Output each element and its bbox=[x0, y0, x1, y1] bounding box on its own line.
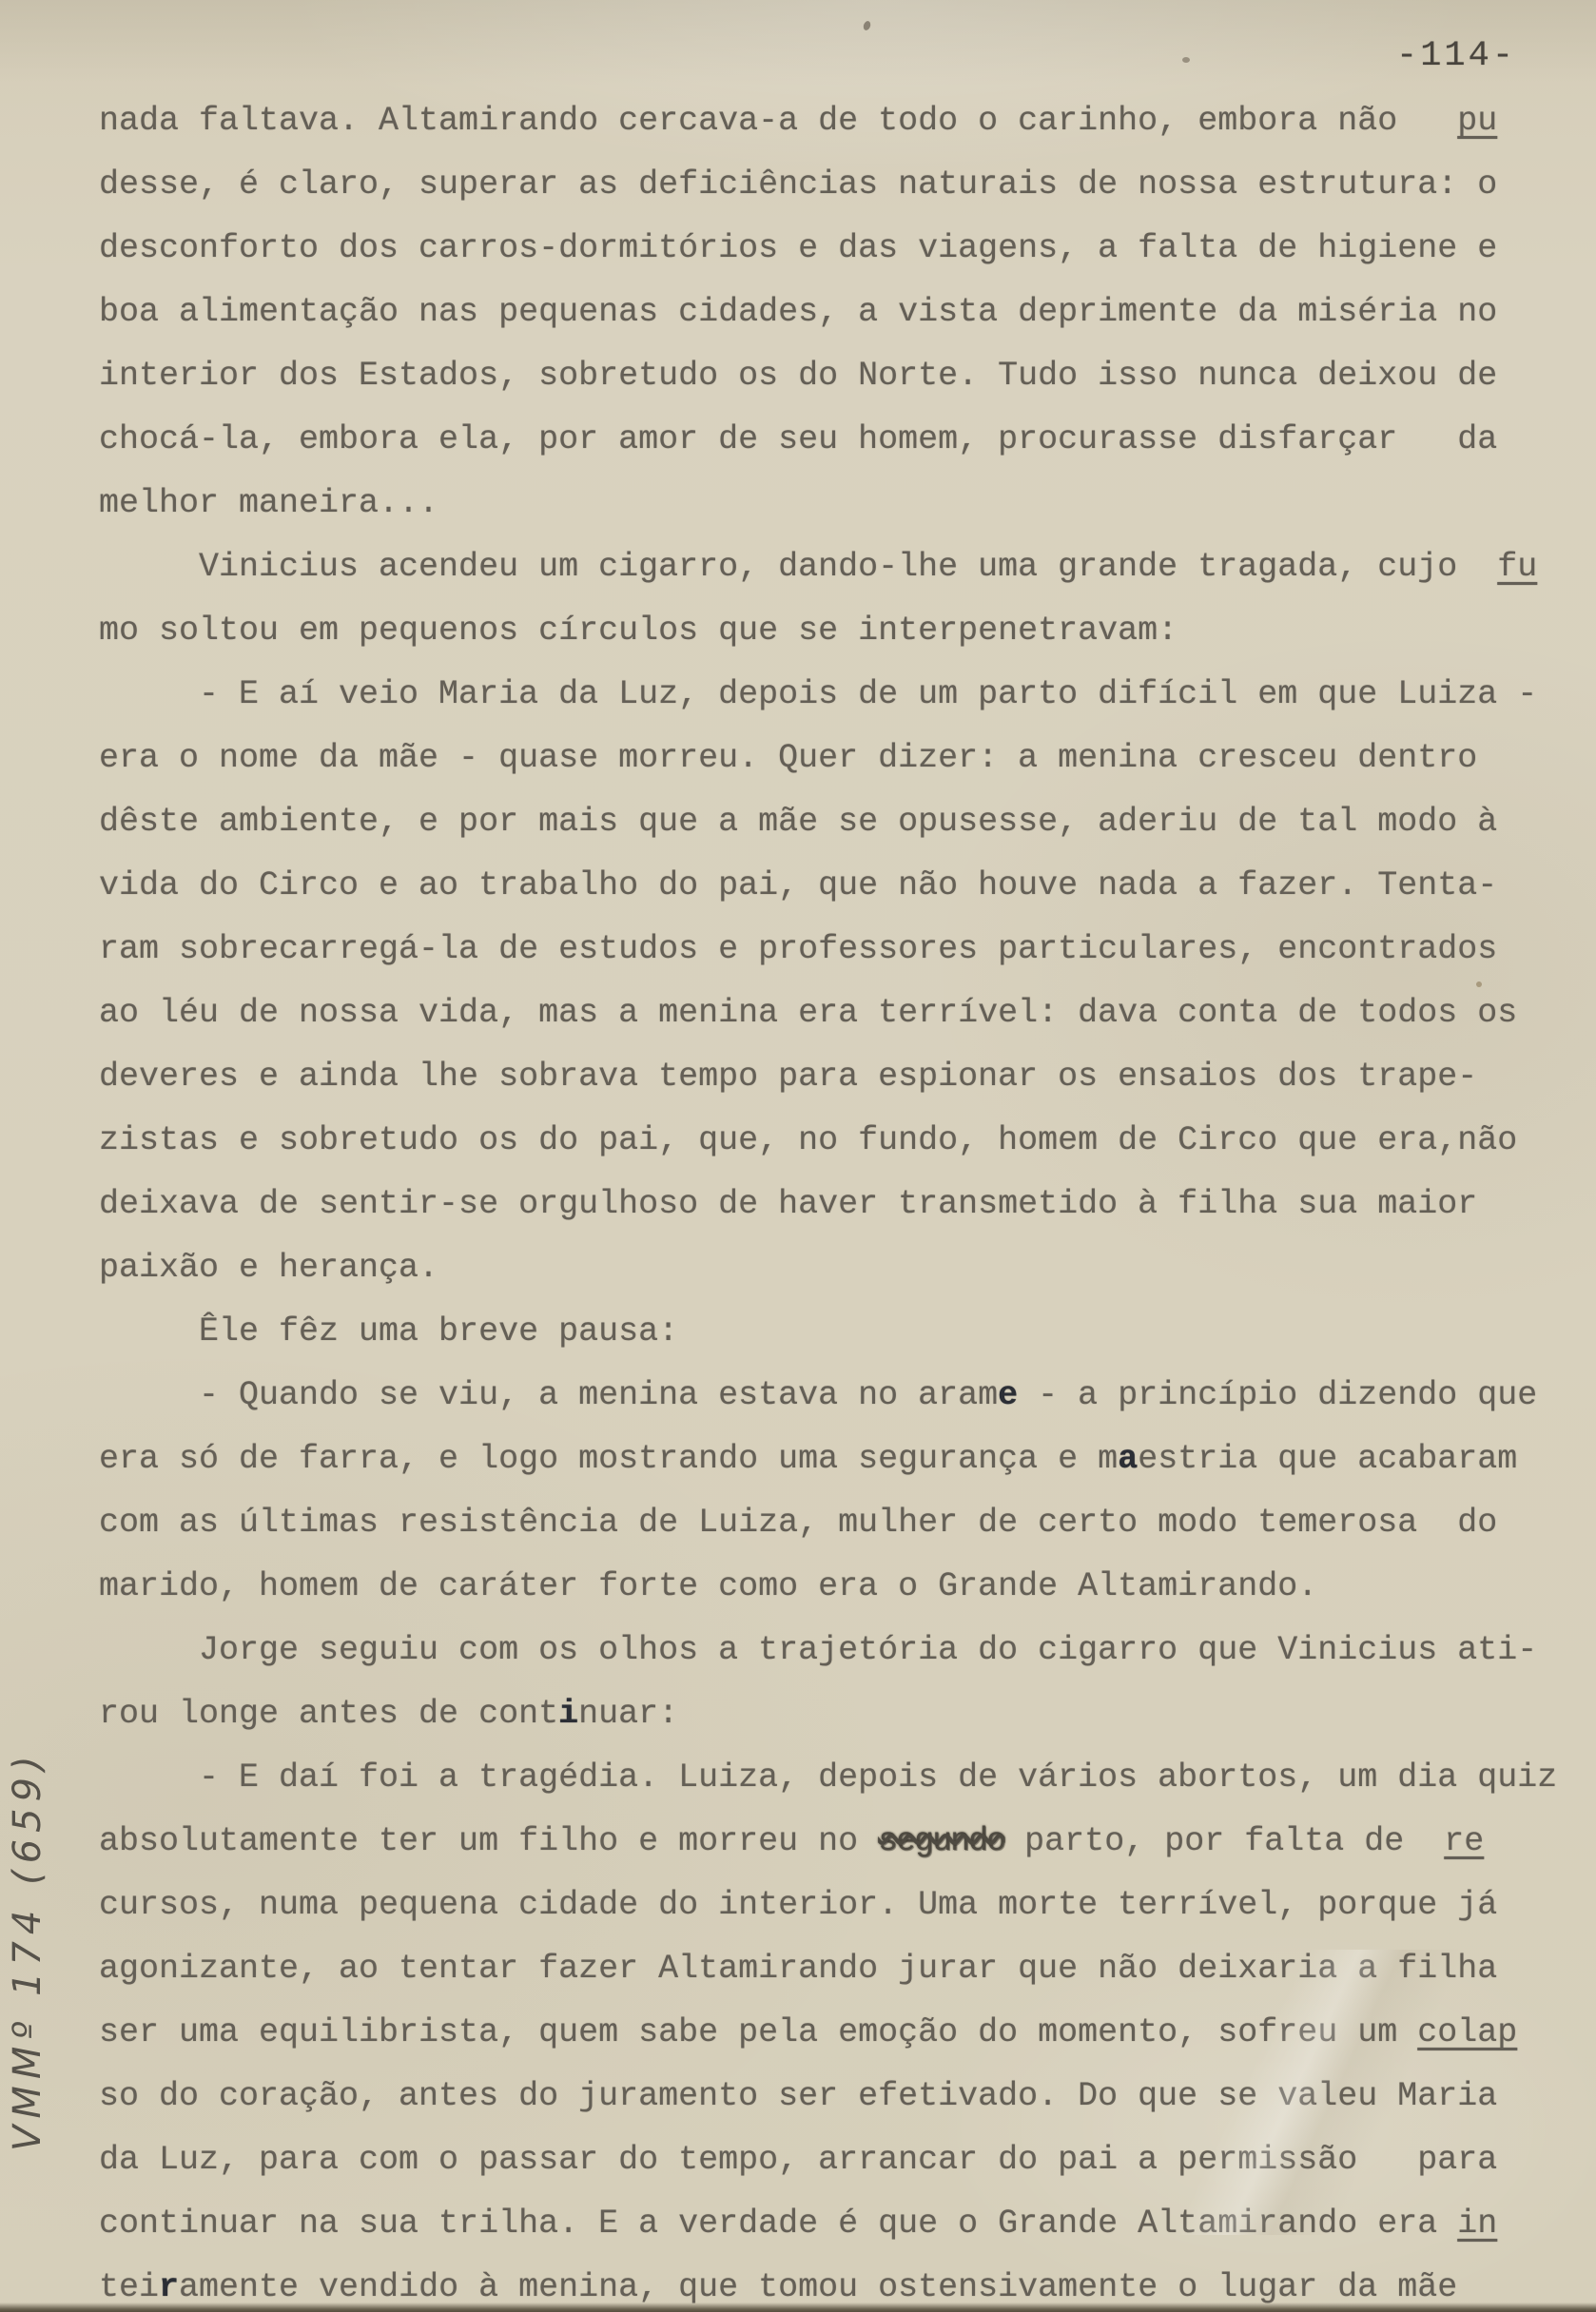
text-run: - E daí foi a tragédia. Luiza, depois de… bbox=[99, 1758, 1557, 1797]
text-run: desse, é claro, superar as deficiências … bbox=[99, 165, 1497, 204]
text-line: Êle fêz uma breve pausa: bbox=[99, 1300, 1583, 1364]
text-run: cursos, numa pequena cidade do interior.… bbox=[99, 1886, 1497, 1924]
text-line: desse, é claro, superar as deficiências … bbox=[99, 153, 1583, 217]
text-line: era o nome da mãe - quase morreu. Quer d… bbox=[99, 727, 1583, 790]
text-line: Jorge seguiu com os olhos a trajetória d… bbox=[99, 1619, 1583, 1682]
text-line: era só de farra, e logo mostrando uma se… bbox=[99, 1428, 1583, 1491]
text-run: - a princípio dizendo que bbox=[1018, 1376, 1537, 1414]
text-run: parto, por falta de bbox=[1004, 1822, 1444, 1860]
text-line: da Luz, para com o passar do tempo, arra… bbox=[99, 2128, 1583, 2192]
overtyped-correction: e bbox=[998, 1376, 1018, 1414]
text-run: paixão e herança. bbox=[99, 1249, 438, 1287]
text-line: deixava de sentir-se orgulhoso de haver … bbox=[99, 1173, 1583, 1236]
text-run: da Luz, para com o passar do tempo, arra… bbox=[99, 2141, 1497, 2179]
text-line: ser uma equilibrista, quem sabe pela emo… bbox=[99, 2001, 1583, 2065]
text-line: so do coração, antes do juramento ser ef… bbox=[99, 2065, 1583, 2128]
text-line: interior dos Estados, sobretudo os do No… bbox=[99, 344, 1583, 408]
text-run: tei bbox=[99, 2268, 159, 2306]
text-run: deveres e ainda lhe sobrava tempo para e… bbox=[99, 1058, 1477, 1096]
text-run: Êle fêz uma breve pausa: bbox=[99, 1312, 678, 1350]
text-line: rou longe antes de continuar: bbox=[99, 1682, 1583, 1746]
text-line: Vinicius acendeu um cigarro, dando-lhe u… bbox=[99, 535, 1583, 599]
text-run: marido, homem de caráter forte como era … bbox=[99, 1567, 1317, 1605]
text-run: agonizante, ao tentar fazer Altamirando … bbox=[99, 1950, 1497, 1988]
underlined-run: re bbox=[1444, 1822, 1484, 1860]
text-run: - E aí veio Maria da Luz, depois de um p… bbox=[99, 675, 1537, 713]
text-run: ao léu de nossa vida, mas a menina era t… bbox=[99, 994, 1517, 1032]
text-line: deveres e ainda lhe sobrava tempo para e… bbox=[99, 1045, 1583, 1109]
underlined-run: colap bbox=[1417, 2013, 1517, 2051]
text-line: chocá-la, embora ela, por amor de seu ho… bbox=[99, 408, 1583, 472]
text-line: paixão e herança. bbox=[99, 1236, 1583, 1300]
text-line: - E daí foi a tragédia. Luiza, depois de… bbox=[99, 1746, 1583, 1810]
underlined-run: in bbox=[1457, 2205, 1497, 2243]
text-line: - E aí veio Maria da Luz, depois de um p… bbox=[99, 663, 1583, 727]
text-line: mo soltou em pequenos círculos que se in… bbox=[99, 599, 1583, 663]
text-line: boa alimentação nas pequenas cidades, a … bbox=[99, 281, 1583, 344]
text-run: estria que acabaram bbox=[1138, 1440, 1517, 1478]
text-run: deixava de sentir-se orgulhoso de haver … bbox=[99, 1185, 1477, 1223]
text-run: rou longe antes de cont bbox=[99, 1695, 558, 1733]
text-line: zistas e sobretudo os do pai, que, no fu… bbox=[99, 1109, 1583, 1173]
overtyped-correction: i bbox=[558, 1695, 578, 1733]
text-run: dêste ambiente, e por mais que a mãe se … bbox=[99, 803, 1497, 841]
overtyped-correction: r bbox=[159, 2268, 179, 2306]
text-run: interior dos Estados, sobretudo os do No… bbox=[99, 357, 1497, 395]
text-line: - Quando se viu, a menina estava no aram… bbox=[99, 1364, 1583, 1428]
text-run: vida do Circo e ao trabalho do pai, que … bbox=[99, 866, 1497, 904]
text-run: era só de farra, e logo mostrando uma se… bbox=[99, 1440, 1118, 1478]
underlined-run: fu bbox=[1497, 548, 1537, 586]
text-run: melhor maneira... bbox=[99, 484, 438, 522]
text-run: amente vendido à menina, que tomou osten… bbox=[179, 2268, 1457, 2306]
text-line: com as últimas resistência de Luiza, mul… bbox=[99, 1491, 1583, 1555]
text-run: so do coração, antes do juramento ser ef… bbox=[99, 2077, 1497, 2115]
text-line: desconforto dos carros-dormitórios e das… bbox=[99, 217, 1583, 281]
text-run: - Quando se viu, a menina estava no aram bbox=[99, 1376, 998, 1414]
manuscript-page: -114- nada faltava. Altamirando cercava-… bbox=[0, 0, 1596, 2312]
text-run: com as últimas resistência de Luiza, mul… bbox=[99, 1504, 1497, 1542]
text-run: ram sobrecarregá-la de estudos e profess… bbox=[99, 930, 1497, 968]
text-run: desconforto dos carros-dormitórios e das… bbox=[99, 229, 1497, 267]
paper-speck bbox=[863, 20, 872, 31]
typed-text-block: nada faltava. Altamirando cercava-a de t… bbox=[99, 89, 1583, 2312]
page-bottom-edge bbox=[0, 2302, 1596, 2312]
text-line: dêste ambiente, e por mais que a mãe se … bbox=[99, 790, 1583, 854]
scribbled-out-word: segundo bbox=[878, 1822, 1004, 1860]
overtyped-correction: a bbox=[1118, 1440, 1138, 1478]
text-line: ao léu de nossa vida, mas a menina era t… bbox=[99, 981, 1583, 1045]
paper-speck bbox=[1182, 57, 1190, 63]
text-run: chocá-la, embora ela, por amor de seu ho… bbox=[99, 420, 1497, 458]
text-run: continuar na sua trilha. E a verdade é q… bbox=[99, 2205, 1457, 2243]
text-line: continuar na sua trilha. E a verdade é q… bbox=[99, 2192, 1583, 2256]
text-line: agonizante, ao tentar fazer Altamirando … bbox=[99, 1937, 1583, 2001]
text-run: ser uma equilibrista, quem sabe pela emo… bbox=[99, 2013, 1417, 2051]
text-line: ram sobrecarregá-la de estudos e profess… bbox=[99, 918, 1583, 981]
underlined-run: pu bbox=[1457, 102, 1497, 140]
text-run: Vinicius acendeu um cigarro, dando-lhe u… bbox=[99, 548, 1497, 586]
text-run: Jorge seguiu com os olhos a trajetória d… bbox=[99, 1631, 1537, 1669]
handwritten-margin-note: VMMº 174 (659) bbox=[6, 1657, 49, 2151]
text-line: absolutamente ter um filho e morreu no s… bbox=[99, 1810, 1583, 1874]
text-run: era o nome da mãe - quase morreu. Quer d… bbox=[99, 739, 1477, 777]
text-run: absolutamente ter um filho e morreu no bbox=[99, 1822, 878, 1860]
text-line: cursos, numa pequena cidade do interior.… bbox=[99, 1874, 1583, 1937]
text-line: nada faltava. Altamirando cercava-a de t… bbox=[99, 89, 1583, 153]
text-run: nuar: bbox=[578, 1695, 678, 1733]
page-number: -114- bbox=[1396, 36, 1516, 76]
text-run: nada faltava. Altamirando cercava-a de t… bbox=[99, 102, 1457, 140]
text-run: zistas e sobretudo os do pai, que, no fu… bbox=[99, 1121, 1517, 1159]
text-run: boa alimentação nas pequenas cidades, a … bbox=[99, 293, 1497, 331]
text-line: marido, homem de caráter forte como era … bbox=[99, 1555, 1583, 1619]
text-run: mo soltou em pequenos círculos que se in… bbox=[99, 612, 1178, 650]
text-line: melhor maneira... bbox=[99, 472, 1583, 535]
text-line: vida do Circo e ao trabalho do pai, que … bbox=[99, 854, 1583, 918]
